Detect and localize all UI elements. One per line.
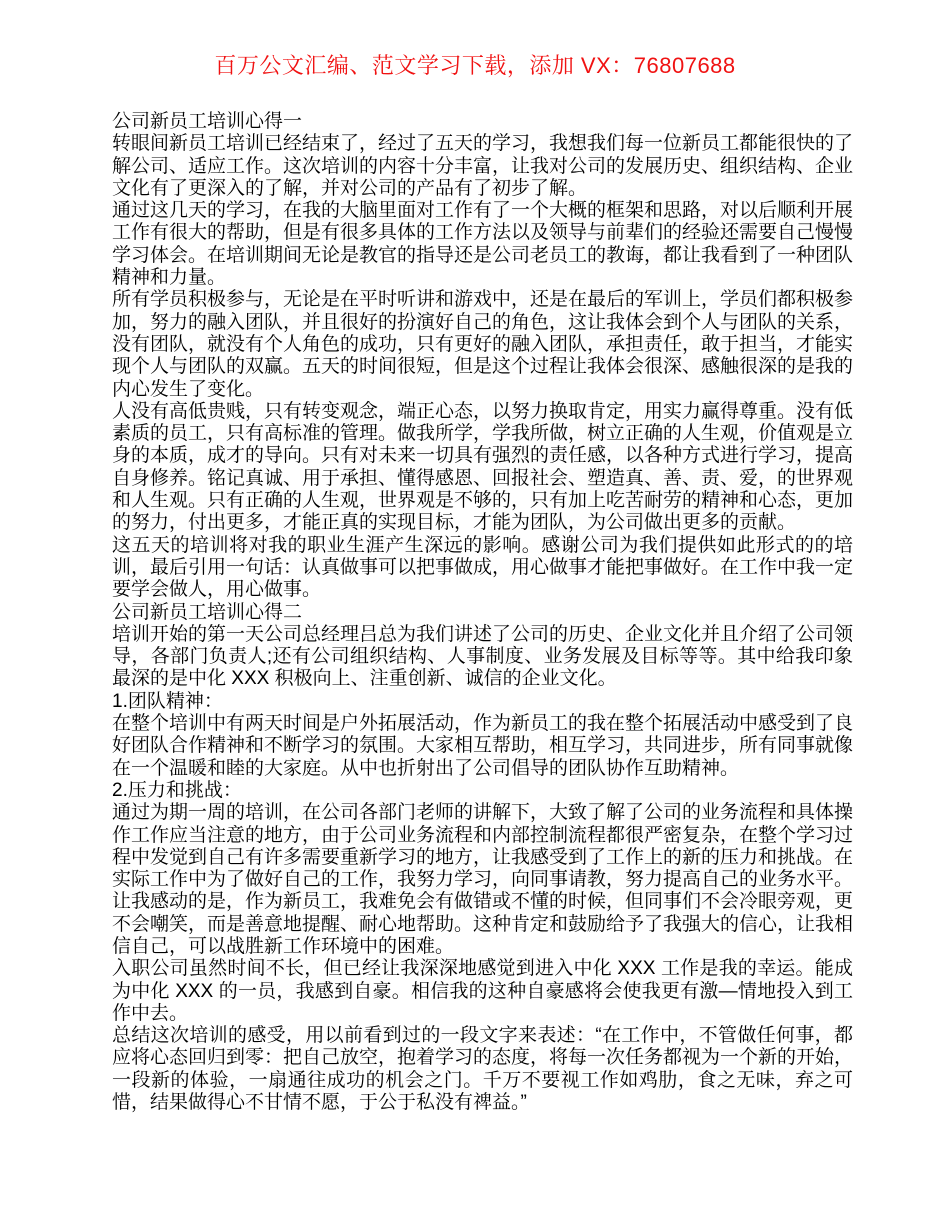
document-page: 百万公文汇编、范文学习下载，添加 VX：76807688 公司新员工培训心得一转…	[0, 0, 950, 1230]
header-notice: 百万公文汇编、范文学习下载，添加 VX：76807688	[0, 52, 950, 80]
document-body: 公司新员工培训心得一转眼间新员工培训已经结束了，经过了五天的学习，我想我们每一位…	[112, 111, 853, 1114]
paragraph: 在整个培训中有两天时间是户外拓展活动，作为新员工的我在整个拓展活动中感受到了良好…	[112, 713, 853, 780]
paragraph: 2.压力和挑战：	[112, 780, 853, 802]
paragraph: 这五天的培训将对我的职业生涯产生深远的影响。感谢公司为我们提供如此形式的的培训，…	[112, 535, 853, 602]
paragraph: 所有学员积极参与，无论是在平时听讲和游戏中，还是在最后的军训上，学员们都积极参加…	[112, 289, 853, 400]
paragraph: 公司新员工培训心得二	[112, 602, 853, 624]
paragraph: 通过为期一周的培训，在公司各部门老师的讲解下，大致了解了公司的业务流程和具体操作…	[112, 802, 853, 958]
paragraph: 1.团队精神：	[112, 691, 853, 713]
paragraph: 总结这次培训的感受，用以前看到过的一段文字来表述：“在工作中，不管做任何事，都应…	[112, 1025, 853, 1114]
paragraph: 人没有高低贵贱，只有转变观念，端正心态，以努力换取肯定，用实力赢得尊重。没有低素…	[112, 401, 853, 535]
paragraph: 通过这几天的学习，在我的大脑里面对工作有了一个大概的框架和思路，对以后顺利开展工…	[112, 200, 853, 289]
paragraph: 入职公司虽然时间不长，但已经让我深深地感觉到进入中化 XXX 工作是我的幸运。能…	[112, 958, 853, 1025]
paragraph: 转眼间新员工培训已经结束了，经过了五天的学习，我想我们每一位新员工都能很快的了解…	[112, 133, 853, 200]
paragraph: 培训开始的第一天公司总经理吕总为我们讲述了公司的历史、企业文化并且介绍了公司领导…	[112, 624, 853, 691]
paragraph: 公司新员工培训心得一	[112, 111, 853, 133]
